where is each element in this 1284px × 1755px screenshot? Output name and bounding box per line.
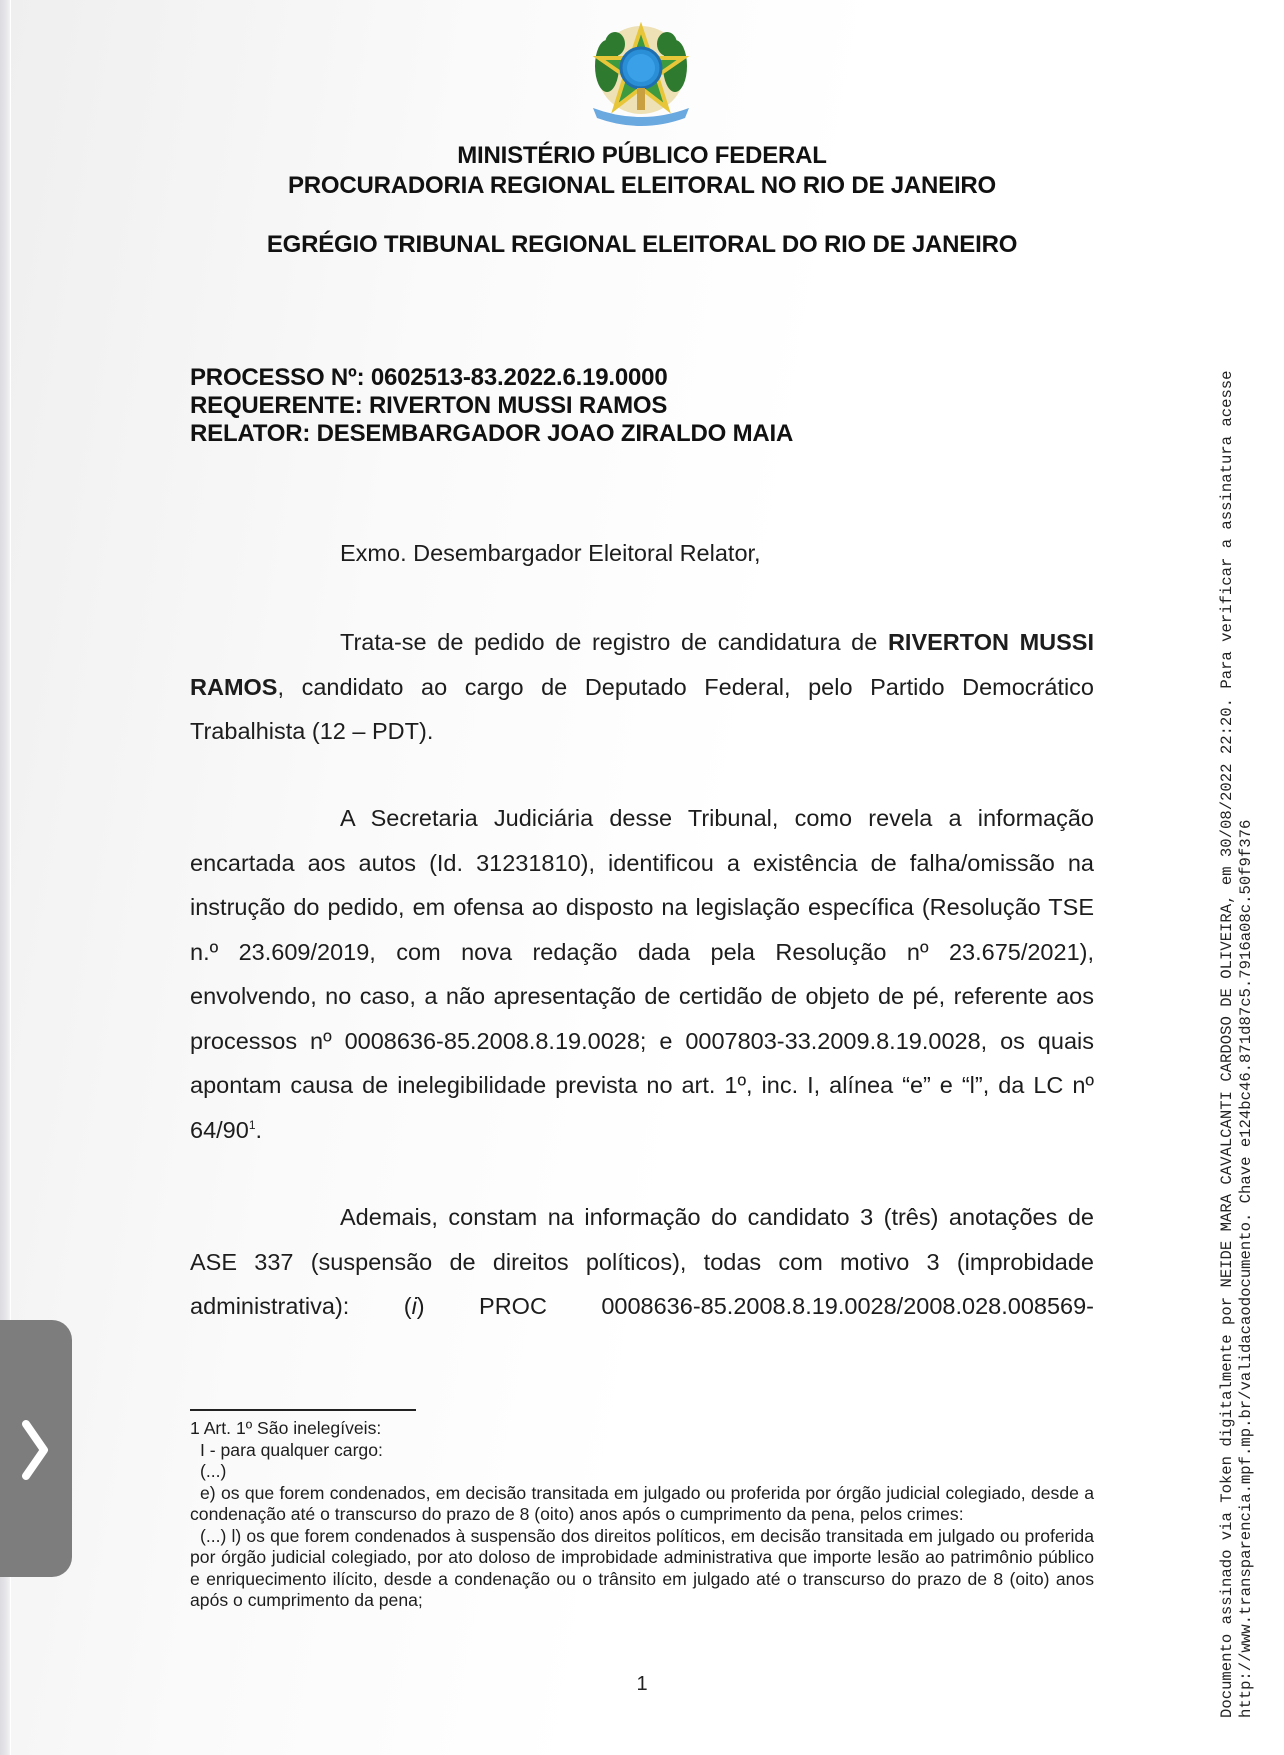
footnote-ref[interactable]: 1 <box>249 1118 256 1132</box>
footnote-line: 1 Art. 1º São inelegíveis: <box>190 1418 1094 1440</box>
footnote-divider <box>190 1409 416 1411</box>
p3-text-end: ) PROC 0008636-85.2008.8.19.0028/2008.02… <box>417 1293 1094 1319</box>
footnote-line: (...) <box>190 1461 1094 1483</box>
page-number: 1 <box>0 1673 1284 1696</box>
header-institution: MINISTÉRIO PÚBLICO FEDERAL <box>0 142 1284 170</box>
p2-end: . <box>256 1117 263 1143</box>
footnote: 1 Art. 1º São inelegíveis: I - para qual… <box>190 1418 1094 1612</box>
addressee: EGRÉGIO TRIBUNAL REGIONAL ELEITORAL DO R… <box>0 231 1284 259</box>
paragraph-3: Ademais, constam na informação do candid… <box>190 1195 1094 1329</box>
paragraph-1: Trata-se de pedido de registro de candid… <box>190 620 1094 754</box>
process-number: PROCESSO Nº: 0602513-83.2022.6.19.0000 <box>190 364 667 392</box>
salutation: Exmo. Desembargador Eleitoral Relator, <box>340 540 761 567</box>
header-department: PROCURADORIA REGIONAL ELEITORAL NO RIO D… <box>0 172 1284 200</box>
signature-line-1: Documento assinado via Token digitalment… <box>1218 238 1237 1718</box>
paragraph-2: A Secretaria Judiciária desse Tribunal, … <box>190 796 1094 1152</box>
requerente: REQUERENTE: RIVERTON MUSSI RAMOS <box>190 392 667 420</box>
footnote-line: (...) l) os que forem condenados à suspe… <box>190 1526 1094 1612</box>
footnote-line: I - para qualquer cargo: <box>190 1440 1094 1462</box>
digital-signature-stamp: Documento assinado via Token digitalment… <box>1218 238 1268 1718</box>
p2-text: A Secretaria Judiciária desse Tribunal, … <box>190 805 1094 1143</box>
footnote-line: e) os que forem condenados, em decisão t… <box>190 1483 1094 1526</box>
chevron-right-icon <box>20 1420 50 1480</box>
next-page-button[interactable] <box>0 1320 72 1577</box>
p1-text-end: , candidato ao cargo de Deputado Federal… <box>190 674 1094 745</box>
relator: RELATOR: DESEMBARGADOR JOAO ZIRALDO MAIA <box>190 420 793 448</box>
brazil-coat-of-arms-icon <box>585 22 697 130</box>
signature-verification-link[interactable]: http://www.transparencia.mpf.mp.br/valid… <box>1237 238 1256 1718</box>
p1-text: Trata-se de pedido de registro de candid… <box>340 629 888 655</box>
